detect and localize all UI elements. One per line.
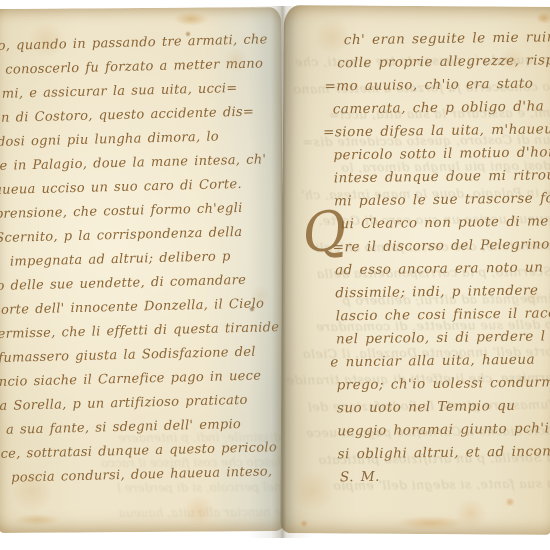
manuscript-line: =mo auuiso, ch'io era stato (324, 72, 550, 98)
manuscript-line: suo uoto nel Tempio qu (337, 394, 550, 420)
manuscript-line: =sione difesa la uita, m'haueu (323, 118, 550, 144)
manuscript-line: si oblighi altrui, et ad incontr (337, 440, 550, 466)
manuscript-line: prego; ch'io uolessi condurmi (336, 371, 550, 397)
manuscript-line: lascio che cosi finisce il racco (336, 302, 550, 328)
manuscript-line: e nunciar alla uita, haueua (330, 348, 550, 374)
manuscript-line: ad esso ancora era noto un (335, 256, 550, 282)
manuscript-line: dissimile; indi, p intendere (335, 279, 550, 305)
manuscript-line: colle proprie allegrezze, rispo (337, 49, 550, 75)
manuscript-line: camerata, che p obligo d'ha (333, 95, 550, 121)
manuscript-photo: dissimile; indi, p intenderelascio che c… (0, 0, 550, 550)
left-page: dissimile; indi, p intenderelascio che c… (0, 7, 285, 533)
right-page-text: ch' eran seguite le mie ruincolle propri… (332, 26, 550, 489)
manuscript-line: ch' eran seguite le mie ruin (344, 26, 550, 52)
manuscript-line: mi paleso le sue trascorse fo (334, 187, 550, 213)
manuscript-line: nel pericolo, si di perdere l (336, 325, 550, 351)
manuscript-line: S. M. (340, 463, 550, 489)
manuscript-line: ueggio horamai giunto pch'i (337, 417, 550, 443)
manuscript-line: =re il discorso del Pelegrino p (333, 233, 550, 259)
manuscript-line: intese dunque doue mi ritrou (334, 164, 550, 190)
manuscript-line: e nunciar alla uita, haueua (2, 500, 282, 527)
manuscript-line: pericolo sotto il motiuo d'hon (333, 141, 550, 167)
left-page-text: o, quando in passando tre armati, cheo c… (0, 28, 285, 491)
manuscript-line: ui Clearco non puote di meno (340, 210, 550, 236)
right-page: o, quando in passando tre armati, cheo c… (280, 5, 550, 535)
